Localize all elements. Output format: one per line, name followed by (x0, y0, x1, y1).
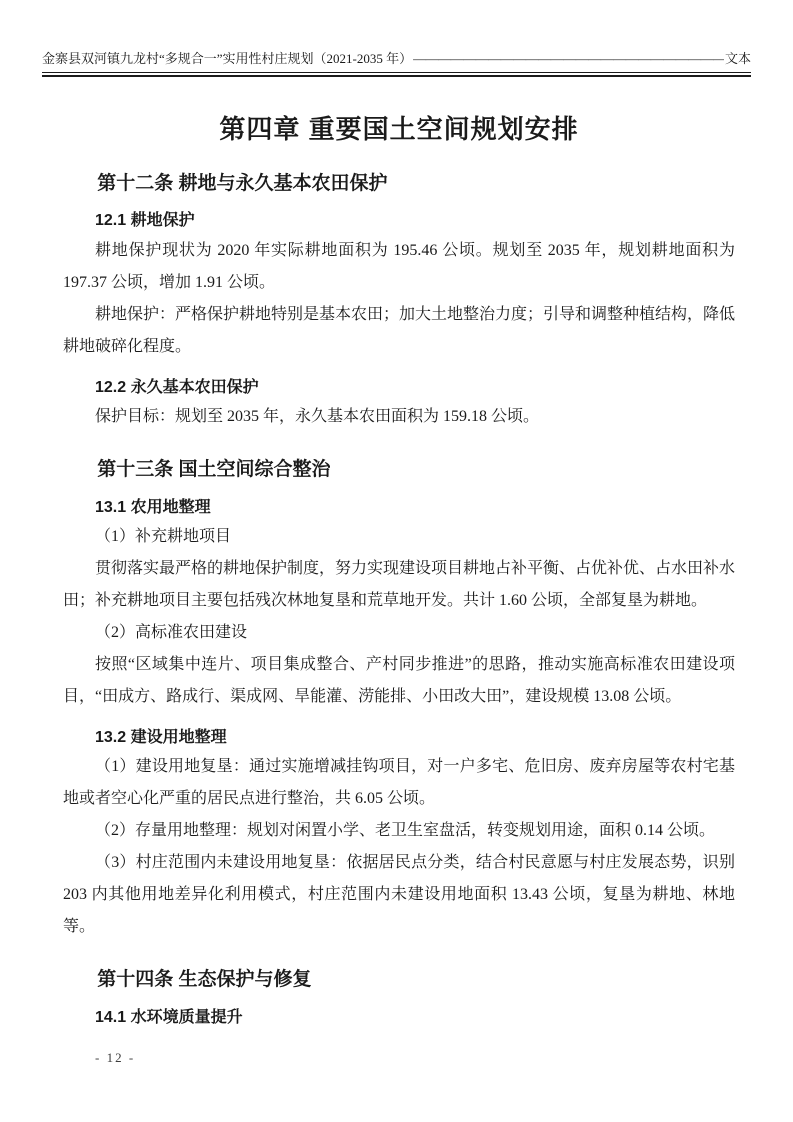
document-page: 金寨县双河镇九龙村“多规合一”实用性村庄规划（2021-2035 年） ————… (0, 0, 793, 1122)
sub-heading-13-1: 13.1 农用地整理 (63, 497, 735, 519)
paragraph: （2）高标准农田建设 (63, 617, 735, 649)
sub-heading-12-2: 12.2 永久基本农田保护 (63, 377, 735, 399)
paragraph: 保护目标：规划至 2035 年，永久基本农田面积为 159.18 公顷。 (63, 401, 735, 433)
page-header: 金寨县双河镇九龙村“多规合一”实用性村庄规划（2021-2035 年） ————… (42, 0, 751, 77)
paragraph: 按照“区域集中连片、项目集成整合、产村同步推进”的思路，推动实施高标准农田建设项… (63, 649, 735, 713)
chapter-title: 第四章 重要国土空间规划安排 (63, 113, 735, 147)
article-heading-14: 第十四条 生态保护与修复 (63, 967, 735, 993)
sub-heading-14-1: 14.1 水环境质量提升 (63, 1007, 735, 1029)
page-number: - 12 - (95, 1050, 135, 1065)
header-tab-label: 文本 (725, 50, 751, 69)
page-footer: - 12 - (95, 1050, 135, 1066)
sub-heading-12-1: 12.1 耕地保护 (63, 210, 735, 232)
paragraph: （2）存量用地整理：规划对闲置小学、老卫生室盘活，转变规划用途，面积 0.14 … (63, 815, 735, 847)
paragraph: 耕地保护：严格保护耕地特别是基本农田；加大土地整治力度；引导和调整种植结构，降低… (63, 299, 735, 363)
paragraph: 贯彻落实最严格的耕地保护制度，努力实现建设项目耕地占补平衡、占优补优、占水田补水… (63, 553, 735, 617)
document-body: 第四章 重要国土空间规划安排 第十二条 耕地与永久基本农田保护 12.1 耕地保… (0, 113, 793, 1030)
header-title: 金寨县双河镇九龙村“多规合一”实用性村庄规划（2021-2035 年） (42, 50, 412, 69)
sub-heading-13-2: 13.2 建设用地整理 (63, 727, 735, 749)
paragraph: （1）建设用地复垦：通过实施增减挂钩项目，对一户多宅、危旧房、废弃房屋等农村宅基… (63, 751, 735, 815)
header-rule-thin (42, 72, 751, 73)
article-heading-13: 第十三条 国土空间综合整治 (63, 457, 735, 483)
header-rule-thick (42, 75, 751, 77)
header-dash-leader: —————————————————————————————— (413, 50, 724, 69)
paragraph: （1）补充耕地项目 (63, 521, 735, 553)
paragraph: （3）村庄范围内未建设用地复垦：依据居民点分类，结合村民意愿与村庄发展态势，识别… (63, 847, 735, 943)
article-heading-12: 第十二条 耕地与永久基本农田保护 (63, 171, 735, 197)
paragraph: 耕地保护现状为 2020 年实际耕地面积为 195.46 公顷。规划至 2035… (63, 235, 735, 299)
